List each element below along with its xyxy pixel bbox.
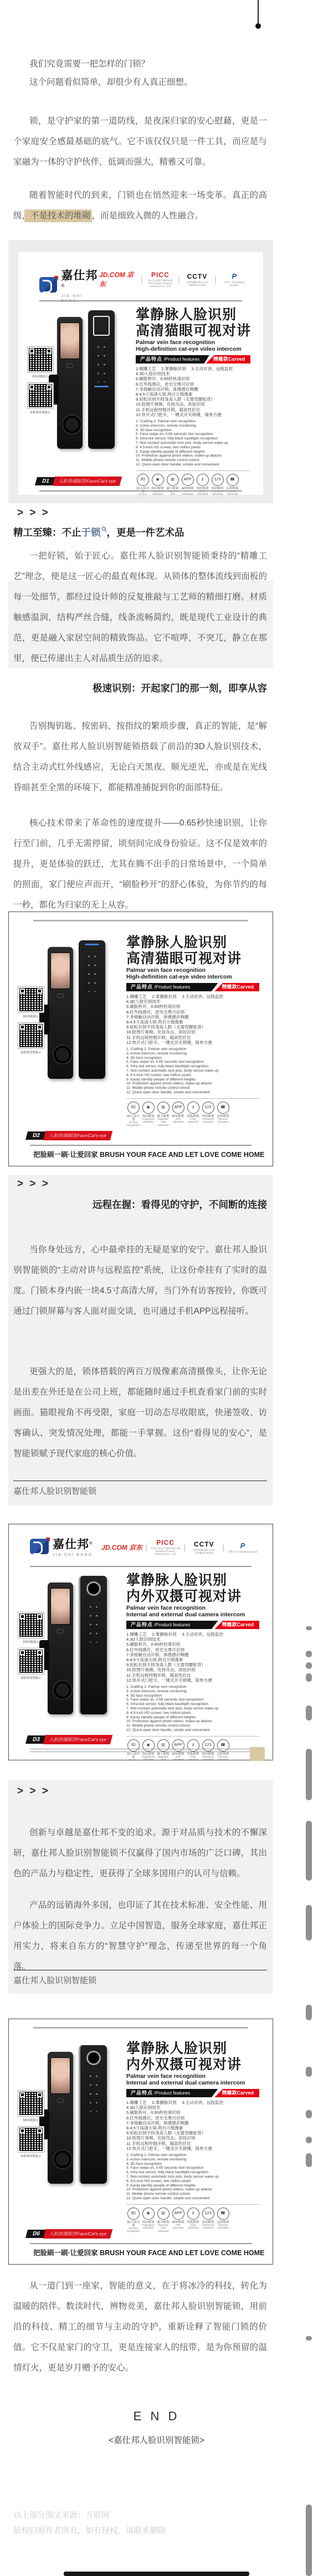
lock-keypad (88, 2072, 100, 2112)
feature-line: 3. Active intercom, remote monitoring (126, 2158, 265, 2162)
model-type-label: 人脸款/猫眼款Face/Cat's eye (43, 1131, 113, 1140)
model-badge: D6人脸款/猫眼款Face/Cat's eye (27, 2228, 111, 2239)
patent-logo: P (232, 272, 237, 280)
unlock-label-cn: 指纹解锁 (141, 1115, 155, 1118)
qr-caption: D6功能演示 (17, 2118, 45, 2122)
poster-subtitle-en: Palmar vein face recognition (136, 339, 255, 346)
unlock-label-en: Magnetic card unlocked (156, 1756, 170, 1760)
unlock-label-cn: 钥匙解锁 (186, 1115, 200, 1118)
scrollbar-thumb[interactable] (306, 1821, 312, 1881)
intro-paragraph-3: 锁，是守护家的第一道防线，是夜深归家的安心慰藉，更是一个家庭安全感最基础的底气。… (13, 111, 267, 172)
poster-subtitle-en2: Internal and external dual camera interc… (126, 2080, 265, 2086)
unlock-label-cn: APP解锁 (181, 487, 194, 490)
scrollbar-thumb[interactable] (306, 1626, 312, 1630)
feature-line: 6. Infra-red sensor, fully black backlig… (126, 2170, 265, 2175)
feature-line: 1.精雕工艺 2.掌静脉识别 3.主动对讲，远程监控 (126, 1632, 265, 1637)
features-bar-cn: 产品特点 (131, 1622, 153, 1627)
feature-line: 7. Non-contact automatic lock pick, body… (126, 2175, 265, 2179)
unlock-method: 123密码解锁Password unlocked (201, 2208, 215, 2234)
craft-paragraph: 一把好锁，始于匠心。嘉仕邦人脸识别智能锁秉持的“精雕工艺”理念，便是这一匠心的最… (13, 546, 267, 669)
unlock-label-en: Keys unlocked (186, 1756, 200, 1760)
unlock-icon: ▤ (167, 474, 179, 486)
scrollbar-thumb[interactable] (306, 1651, 312, 1657)
patent-sub: 专利产品 Patented product (228, 1550, 258, 1553)
end-subtitle: <嘉仕邦人脸识别智能锁> (0, 2434, 313, 2446)
smart-lock-photo (57, 310, 124, 454)
lock-sensor (57, 1629, 64, 1633)
feature-line: 10.防图片视频、化妆攻击、浓妆识别 (126, 1030, 265, 1035)
unlock-label-en: Remote unlocked (216, 2224, 230, 2230)
features-bar: 产品特点 /Product features精雕款Carved (126, 2089, 259, 2097)
lock-screen (60, 322, 80, 359)
poster-title-cn2: 内外双摄可视对讲 (126, 2057, 265, 2073)
article-page: 我们究竟需要一把怎样的门锁？ 这个问题看似简单，却很少有人真正细想。 锁，是守护… (0, 0, 313, 2576)
lock-screen (50, 952, 70, 989)
intro-paragraph-2: 这个问题看似简单，却很少有人真正细想。 (13, 72, 267, 93)
qr-caption: D系列设置演示 (17, 1676, 45, 1680)
unlock-label-en: Remote unlocked (216, 1756, 230, 1760)
global-paragraph-2: 产品的远销海外多国，也印证了其在技术标准、安全性能、用户体验上的国际竞争力。立足… (13, 1895, 267, 1977)
lock-keypad (95, 342, 107, 382)
feature-line: 6. Infra-red sensor, fully black backlig… (136, 437, 255, 441)
unlock-label-en: Fingerprint unlocked (141, 2224, 155, 2230)
unlock-icon: ◉ (142, 1102, 155, 1114)
lock-back-panel (79, 2045, 107, 2184)
carved-tag: 精雕款Carved (214, 2089, 259, 2097)
unlock-label-cn: 3D人脸识别 (126, 1115, 140, 1121)
footer-rule (30, 2243, 252, 2244)
lock-screen (50, 2057, 70, 2094)
poster-subtitle-en: Palmar vein face recognition (126, 967, 265, 974)
model-type-label: 人脸款/猫眼款Face/Cat's eye (43, 2229, 113, 2239)
unlock-method: ☎远程解锁Remote unlocked (216, 1102, 230, 1128)
unlock-label-cn: 密码解锁 (201, 1753, 215, 1756)
feature-line: 1.精雕工艺 2.掌静脉识别 3.主动对讲，远程监控 (136, 366, 255, 371)
feature-line: 12.快开式门把手，一键式开关锁键，简单方便 (126, 2146, 265, 2151)
unlock-method: ◉指纹解锁Fingerprint unlocked (141, 2208, 155, 2234)
scrollbar-thumb[interactable] (306, 2110, 312, 2118)
feature-line: 8.4.5寸高清大屏,两百万级像素 (126, 2126, 265, 2131)
brand-name-en: JIA SHI BANG (61, 293, 99, 303)
features-bar-cn: 产品特点 (131, 2090, 153, 2096)
unlock-method: 123密码解锁Password unlocked (211, 474, 224, 495)
unlock-icon: ◉ (152, 474, 164, 486)
lock-knob (63, 416, 81, 433)
unlock-label-en: Password unlocked (201, 2224, 215, 2230)
features-bar-en: /Product features (153, 2090, 190, 2096)
feature-line: 5.刷脸秒开，0.65秒快速识别 (126, 1642, 265, 1647)
copyright-credits: 以上部分图文来源：互联网 版权归原作者所有，如有侵权，请联系删除 (13, 2508, 166, 2539)
unlock-icon: 3D (137, 474, 149, 486)
brand-name-cn: 嘉仕邦 (61, 269, 98, 282)
credit-line-1: 以上部分图文来源：互联网 (13, 2508, 166, 2523)
caption-divider (13, 1481, 267, 1481)
feature-line: 1. Crafting 2. Palmar vein recognition (126, 1047, 265, 1052)
lock-keypad (88, 1602, 100, 1642)
unlock-icon: ◉ (142, 2208, 155, 2220)
feature-line: 9. Easily identify people of different h… (126, 2184, 265, 2188)
unlock-method: APPAPP解锁APP unlocked (171, 1102, 185, 1128)
lock-front-panel (57, 317, 83, 449)
features-bar: 产品特点 /Product features精雕款Carved (126, 983, 259, 991)
registered-mark: ® (89, 1541, 93, 1546)
feature-line: 7.非接触自动开锁，体感感应唤醒 (126, 1015, 265, 1020)
jiashibang-logo-icon (30, 1539, 49, 1554)
lock-knob (54, 1681, 71, 1699)
scrollbar-thumb[interactable] (306, 2067, 312, 2077)
unlock-label-cn: 指纹解锁 (141, 2221, 155, 2224)
feature-line: 11. Mobile phone remote control unlock (126, 2192, 265, 2196)
remote-paragraph-1: 当你身处远方，心中最牵挂的无疑是家的安宁。嘉仕邦人脸识别智能锁的“主动对讲与远程… (13, 1240, 267, 1322)
qr-code (28, 347, 53, 372)
qr-code (18, 1023, 44, 1048)
poster-title-cn: 掌静脉人脸识别 (126, 935, 265, 951)
qr-caption: D3功能演示 (17, 1640, 45, 1644)
feature-line: 6.红外线感应，逆光全黑可识别 (126, 2116, 265, 2121)
lock-camera (86, 1581, 101, 1596)
section-heading-remote: 远程在握：看得见的守护，不间断的连接 (13, 1198, 267, 1211)
scrollbar-thumb[interactable] (306, 2005, 312, 2020)
lock-back-panel (79, 940, 105, 1079)
feature-line: 4. 3D face recognition (126, 1056, 265, 1061)
unlock-label-en: APP unlocked (171, 1756, 185, 1760)
model-badge: D2人脸款/猫眼款Face/Cat's eye (27, 1130, 111, 1140)
unlock-label-en: Magnetic card unlocked (156, 2224, 170, 2233)
product-poster-d2: D2功能演示 D系列设置演示 D2人脸款/猫眼款Face/Cat's eye 掌… (8, 911, 273, 1166)
carved-tag: 精雕款Carved (206, 355, 251, 363)
unlock-method: ◉指纹解锁Fingerprint unlocked (141, 1102, 155, 1128)
unlock-icon: 3D (127, 1102, 140, 1114)
jiashibang-logo-icon (39, 277, 57, 293)
lock-led (94, 386, 109, 387)
unlock-icon: ☎ (227, 474, 239, 486)
unlock-label-en: Magnetic card unlocked (156, 1118, 170, 1127)
registered-mark: ® (61, 283, 64, 288)
footer-rule (39, 490, 242, 491)
feature-list-cn: 1.精雕工艺 2.掌静脉识别 3.主动对讲，远程监控4.3D人脸识别技术5.刷脸… (136, 366, 255, 417)
feature-line: 4. 3D face recognition (126, 2162, 265, 2167)
unlock-icon: APP (172, 2208, 184, 2220)
feature-line: 8. 4.5-inch HD screen, two million pixel… (126, 1073, 265, 1078)
feature-line: 9. Easily identify people of different h… (136, 450, 255, 454)
poster-brand-header: 嘉仕邦® JIA SHI BANG JD.COM 京东| PICC中国人民财产保… (9, 1524, 273, 1563)
feature-line: 10.防图片视频、化妆攻击、浓妆识别 (136, 402, 255, 407)
unlock-label-en: Keys unlocked (186, 1118, 200, 1124)
unlock-icon: ☎ (217, 1102, 229, 1114)
section-heading-craft: 精工至臻：不止于锁，更是一件艺术品 (13, 526, 267, 539)
unlock-label-cn: 磁卡解锁 (156, 1753, 170, 1756)
lock-back-panel (79, 1576, 107, 1714)
lock-front-panel (48, 1583, 73, 1714)
unlock-label-en: Fingerprint unlocked (141, 1118, 155, 1124)
unlock-label-cn: 密码解锁 (201, 1115, 215, 1118)
poster-subtitle-en2: Internal and external dual camera interc… (126, 1611, 265, 1618)
unlock-label-en: 3D face recognition (126, 1759, 140, 1760)
unlock-label-cn: APP解锁 (171, 1115, 185, 1118)
feature-line: 11. Mobile phone remote control unlock (136, 458, 255, 463)
jd-logo: JD.COM 京东 (101, 1543, 142, 1552)
feature-line: 6.红外线感应，逆光全黑可识别 (126, 1647, 265, 1652)
unlock-icon: ▤ (157, 1102, 170, 1114)
scrollbar-thumb[interactable] (306, 2137, 312, 2143)
carved-tag: 精雕款Carved (214, 983, 259, 991)
feature-line: 1.精雕工艺 2.掌静脉识别 3.主动对讲，远程监控 (126, 2100, 265, 2105)
unlock-label-cn: APP解锁 (171, 2221, 185, 2224)
model-badge: D3人脸款/猫眼款Face/Cat's eye (27, 1734, 111, 1744)
feature-line: 12. Quick-open door handle, simple and c… (136, 463, 255, 467)
unlock-method: 123密码解锁Password unlocked (201, 1102, 215, 1128)
lock-knob (54, 2150, 71, 2168)
lock-screen (50, 1588, 70, 1625)
unlock-method: ☎远程解锁Remote unlocked (216, 2208, 230, 2234)
feature-line: 8.4.5寸高清大屏,两百万级像素 (126, 1657, 265, 1662)
image-caption: 嘉仕邦人脸识别智能锁 (13, 1485, 96, 1498)
unlock-label-en: Keys unlocked (186, 2224, 200, 2230)
model-type-label: 人脸款/猫眼款Face/Cat's eye (43, 1735, 113, 1744)
feature-line: 7.非接触自动开锁，体感感应唤醒 (126, 1652, 265, 1657)
unlock-label-en: APP unlocked (171, 2224, 185, 2230)
brand-logo: 嘉仕邦® JIA SHI BANG (30, 1535, 93, 1557)
remote-paragraph-2: 更强大的是，锁体搭载的两百万级像素高清摄像头，让你无论是出差在外还是在公司上班，… (13, 1361, 267, 1464)
unlock-label-en: 3D face recognition (126, 1121, 140, 1128)
poster-title-cn: 掌静脉人脸识别 (136, 307, 255, 323)
heading-pre: 精工至臻：不止 (13, 527, 81, 538)
unlock-label-en: Password unlocked (201, 1756, 215, 1760)
scrollbar-thumb[interactable] (306, 1673, 312, 1682)
brand-name-en: JIA SHI BANG (53, 1552, 93, 1557)
scrollbar-thumb[interactable] (306, 1662, 312, 1669)
unlock-label-en: Password unlocked (201, 1118, 215, 1124)
feature-line: 5. Face swipe on, 0.65 seconds fast reco… (126, 2166, 265, 2170)
feature-line: 12. Quick-open door handle, simple and c… (126, 2196, 265, 2201)
poster-title-cn: 掌静脉人脸识别 (126, 2041, 265, 2057)
feature-line: 5.刷脸秒开，0.65秒快速识别 (126, 1004, 265, 1009)
qr-code (18, 2091, 44, 2116)
feature-line: 12.快开式门把手，一键式开关锁键，简单方便 (126, 1678, 265, 1683)
poster-title-cn: 掌静脉人脸识别 (126, 1573, 265, 1589)
unlock-method: ◉指纹解锁Fingerprint unlocked (151, 474, 165, 495)
lock-keypad (86, 952, 98, 992)
feature-line: 1.精雕工艺 2.掌静脉识别 3.主动对讲，远程监控 (126, 994, 265, 999)
unlock-icon: ⚷ (197, 474, 209, 486)
unlock-icon: 123 (202, 1102, 214, 1114)
feature-line: 6. Infra-red sensor, fully black backlig… (126, 1064, 265, 1069)
unlock-label-cn: 钥匙解锁 (196, 487, 209, 490)
header-rule (30, 1566, 252, 1567)
unlock-icon: ▤ (157, 2208, 170, 2220)
scrollbar-thumb[interactable] (306, 2505, 312, 2576)
feature-list-en: 1. Crafting 2. Palmar vein recognition3.… (126, 1685, 265, 1733)
feature-line: 8.4.5寸高清大屏,两百万级像素 (136, 392, 255, 397)
lock-front-panel (48, 2052, 73, 2184)
feature-line: 5.刷脸秒开，0.65秒快速识别 (136, 376, 255, 381)
feature-line: 12. Quick-open door handle, simple and c… (126, 1090, 265, 1095)
unlock-icon: ⚷ (187, 2208, 199, 2220)
feature-line: 11.手机远程控制开锁，超高性价比 (126, 1673, 265, 1678)
unlock-label-cn: 磁卡解锁 (156, 1115, 170, 1118)
carved-tag: 精雕款Carved (214, 1621, 259, 1629)
unlock-method: ☎远程解锁Remote unlocked (225, 474, 239, 495)
lock-sensor (66, 363, 73, 368)
poster-title-cn2: 高清猫眼可视对讲 (136, 323, 255, 339)
qr-code (18, 1612, 44, 1638)
poster-brand-header: 嘉仕邦® JIA SHI BANG JD.COM 京东| PICC中国人民财产保… (18, 252, 263, 298)
feature-line: 3. Active intercom, remote monitoring (126, 1052, 265, 1056)
qr-caption: D系列设置演示 (17, 1050, 45, 1054)
feature-line: 12.快开式门把手，一键式开关锁键，简单方便 (126, 1040, 265, 1045)
intro-paragraph-4: 随着智能时代的到来，门锁也在悄然迎来一场变革。真正的高级，不是技术的堆砌，而是细… (13, 185, 267, 226)
feature-line: 7.非接触自动开锁，体感感应唤醒 (136, 387, 255, 392)
global-paragraph-1: 创新与卓越是嘉仕邦不变的追求。源于对品质与技术的不懈深研，嘉仕邦人脸识别智能锁不… (13, 1822, 267, 1884)
features-bar-en: /Product features (153, 1622, 190, 1627)
feature-line: 7. Non-contact automatic lock pick, body… (136, 441, 255, 445)
unlock-icon: ☎ (217, 2208, 229, 2220)
features-bar-en: /Product features (162, 356, 199, 362)
lock-knob (54, 1046, 71, 1063)
feature-line: 7.非接触自动开锁，体感感应唤醒 (126, 2121, 265, 2126)
unlock-methods-row: 3D3D人脸识别3D face recognition◉指纹解锁Fingerpr… (126, 1098, 259, 1128)
unlock-icon: 3D (127, 2208, 140, 2220)
feature-line: 10. Protection against photo videos, mak… (136, 454, 255, 458)
qr-caption: D系列设置演示 (17, 2154, 45, 2158)
section-marker: > > > (17, 1785, 50, 1797)
feature-line: 11.手机远程控制开锁，超高性价比 (136, 407, 255, 412)
section-marker: > > > (17, 507, 50, 519)
unlock-label-cn: 密码解锁 (201, 2221, 215, 2224)
feature-line: 4. 3D face recognition (126, 1694, 265, 1698)
feature-line: 10.防图片视频、化妆攻击、浓妆识别 (126, 2135, 265, 2140)
unlock-label-cn: 指纹解锁 (141, 1753, 155, 1756)
feature-line: 8. 4.5-inch HD screen, two million pixel… (136, 445, 255, 450)
section-marker: > > > (17, 1178, 50, 1190)
features-bar: 产品特点 /Product features精雕款Carved (136, 355, 250, 363)
unlock-label-en: Fingerprint unlocked (141, 1756, 155, 1760)
qr-code (18, 987, 44, 1012)
highlighted-text: 不是技术的堆砌 (24, 209, 92, 222)
scrollbar-thumb[interactable] (306, 1749, 312, 1800)
unlock-method: APPAPP解锁APP unlocked (171, 2208, 185, 2234)
feature-line: 5. Face swipe on, 0.65 seconds fast reco… (126, 1060, 265, 1064)
scrollbar-thumb[interactable] (306, 2153, 312, 2167)
unlock-method: ⚷钥匙解锁Keys unlocked (186, 1102, 200, 1128)
unlock-icon: APP (172, 1102, 184, 1114)
bottom-toolbar-edge (64, 2572, 249, 2576)
picc-logo: PICC (151, 271, 170, 279)
unlock-methods-row: 3D3D人脸识别3D face recognition◉指纹解锁Fingerpr… (126, 1736, 259, 1760)
product-poster-d3: 嘉仕邦® JIA SHI BANG JD.COM 京东| PICC中国人民财产保… (8, 1524, 273, 1760)
feature-line: 5.刷脸秒开，0.65秒快速识别 (126, 2110, 265, 2115)
caption-divider (13, 1970, 267, 1970)
lock-front-panel (48, 947, 73, 1079)
scrollbar-thumb[interactable] (306, 1706, 312, 1720)
feature-list-cn: 1.精雕工艺 2.掌静脉识别 3.主动对讲，远程监控4.3D人脸识别技术5.刷脸… (126, 1632, 265, 1683)
feature-list-cn: 1.精雕工艺 2.掌静脉识别 3.主动对讲，远程监控4.3D人脸识别技术5.刷脸… (126, 2100, 265, 2151)
unlock-method: 3D3D人脸识别3D face recognition (126, 1102, 140, 1128)
feature-line: 7. Non-contact automatic lock pick, body… (126, 1707, 265, 1711)
features-bar: 产品特点 /Product features精雕款Carved (126, 1621, 259, 1629)
lock-sensor (57, 993, 64, 998)
unlock-label-cn: 钥匙解锁 (186, 1753, 200, 1756)
qr-code (18, 2127, 44, 2152)
feature-line: 7. Non-contact automatic lock pick, body… (126, 1069, 265, 1073)
unlock-label-en: 3D face recognition (126, 2227, 140, 2234)
feature-line: 10. Protection against photo videos, mak… (126, 1719, 265, 1724)
poster-tagline: 把脸刷一刷·让爱回家 BRUSH YOUR FACE AND LET LOVE … (9, 1149, 273, 1166)
feature-line: 8. 4.5-inch HD screen, two million pixel… (126, 1711, 265, 1715)
feature-line: 10.防图片视频、化妆攻击、浓妆识别 (126, 1667, 265, 1672)
search-link[interactable]: 于锁 (81, 527, 107, 538)
unlock-label-cn: 远程解锁 (216, 2221, 230, 2224)
closing-paragraph: 从一道门到一座家，智能的意义，在于将冰冷的科技，转化为温暖的陪伴。数读时代，辨物… (13, 2276, 267, 2378)
qr-code (28, 383, 53, 408)
feature-list-en: 1. Crafting 2. Palmar vein recognition3.… (126, 1047, 265, 1095)
magnifier-icon (101, 526, 107, 532)
feature-line: 12. Quick-open door handle, simple and c… (126, 1728, 265, 1733)
speed-paragraph-1: 告别掏钥匙、按密码、按指纹的繁琐步骤，真正的智能，是“解放双手”。嘉仕邦人脸识别… (13, 716, 267, 798)
feature-line: 11.手机远程控制开锁，超高性价比 (126, 1035, 265, 1040)
footer-rule (30, 1749, 252, 1752)
picc-sub: 中国人民财产保险承保 The People's Property Insuran… (150, 1547, 181, 1555)
poster-tagline: 把脸刷一刷·让爱回家 BRUSH YOUR FACE AND LET LOVE … (9, 2247, 273, 2264)
feature-line: 4. 3D face recognition (136, 428, 255, 433)
poster-subtitle-en: Palmar vein face recognition (126, 1605, 265, 1611)
credit-line-2: 版权归原作者所有，如有侵权，请联系删除 (13, 2523, 166, 2539)
scrollbar-thumb[interactable] (306, 2336, 312, 2341)
cctv-sub: 央视展播品牌 CCTV exhibition brand (182, 281, 212, 286)
unlock-method: ⚷钥匙解锁Keys unlocked (186, 2208, 200, 2234)
feature-line: 8. 4.5-inch HD screen, two million pixel… (126, 2179, 265, 2184)
picc-logo: PICC (156, 1539, 175, 1546)
feature-line: 9. Easily identify people of different h… (126, 1078, 265, 1082)
beige-artifact-square (250, 1747, 265, 1761)
unlock-icon: 123 (202, 2208, 214, 2220)
unlock-label-cn: 钥匙解锁 (186, 2221, 200, 2224)
features-bar-en: /Product features (153, 984, 190, 990)
patent-sub: 专利产品 Patented product (219, 281, 249, 286)
feature-line: 1. Crafting 2. Palmar vein recognition (126, 1685, 265, 1689)
poster-top-rule (33, 2027, 248, 2029)
unlock-label-cn: 磁卡解锁 (166, 487, 179, 490)
unlock-method: 3D3D人脸识别3D face recognition (136, 474, 150, 495)
unlock-method: 3D3D人脸识别3D face recognition (126, 2208, 140, 2234)
feature-line: 11.手机远程控制开锁，超高性价比 (126, 2141, 265, 2146)
scrollbar-thumb[interactable] (306, 1905, 312, 1940)
unlock-method: ⚷钥匙解锁Keys unlocked (196, 474, 209, 495)
unlock-label-cn: APP解锁 (171, 1753, 185, 1756)
qr-caption: D系列设置演示 (26, 410, 55, 414)
header-rule (39, 300, 242, 301)
feature-line: 12.快开式门把手，一键式开关锁键，简单方便 (136, 412, 255, 417)
cctv-logo: CCTV (187, 273, 208, 280)
unlock-method: ▤磁卡解锁Magnetic card unlocked (156, 2208, 170, 2234)
brand-logo: 嘉仕邦® JIA SHI BANG (39, 267, 99, 303)
unlock-label-cn: 远程解锁 (216, 1753, 230, 1756)
footer-rule (30, 1145, 252, 1146)
product-poster-d1: 嘉仕邦® JIA SHI BANG JD.COM 京东| PICC中国人民财产保… (8, 240, 273, 503)
feature-list-en: 1. Crafting 2. Palmar vein recognition3.… (136, 419, 255, 467)
unlock-method: APPAPP解锁APP unlocked (181, 474, 194, 495)
feature-line: 5. Face swipe on, 0.65 seconds fast reco… (136, 432, 255, 437)
feature-line: 5. Face swipe on, 0.65 seconds fast reco… (126, 1698, 265, 1702)
cctv-sub: 央视展播品牌 CCTV exhibition brand (188, 1549, 219, 1554)
unlock-label-en: Remote unlocked (216, 1118, 230, 1124)
feature-line: 6.红外线感应，逆光全黑可识别 (136, 382, 255, 387)
features-bar-cn: 产品特点 (140, 356, 162, 362)
smart-lock-photo (48, 2045, 114, 2189)
search-link-text[interactable]: 于锁 (81, 527, 101, 538)
lock-camera (86, 2051, 101, 2065)
poster-subtitle-en2: High-definition cat-eye video intercom (136, 346, 255, 352)
